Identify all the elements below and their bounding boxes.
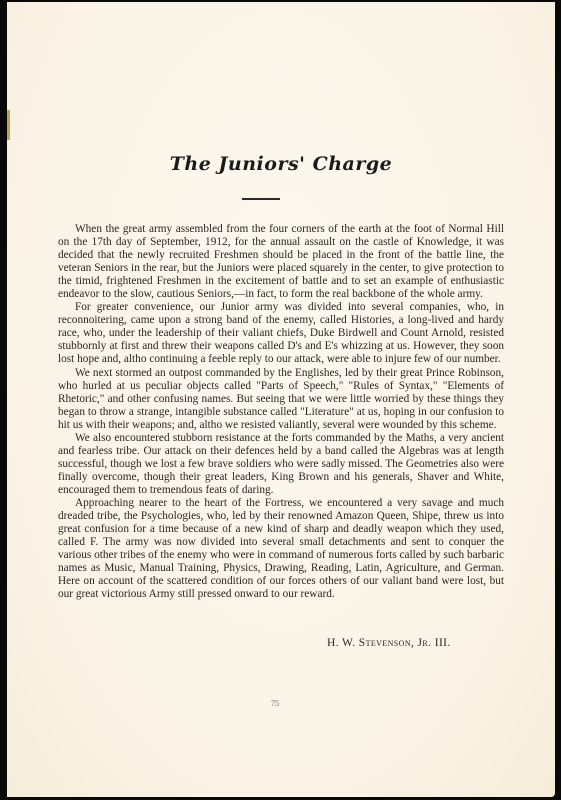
page-title: The Juniors' Charge xyxy=(7,153,555,175)
author-signature: H. W. Stevenson, Jr. III. xyxy=(327,637,451,649)
document-page: The Juniors' Charge When the great army … xyxy=(7,2,555,797)
paragraph: We next stormed an outpost commanded by … xyxy=(58,367,504,432)
paragraph: Approaching nearer to the heart of the F… xyxy=(58,497,504,601)
article-body: When the great army assembled from the f… xyxy=(58,223,504,601)
page-number: 75 xyxy=(7,699,543,708)
paragraph: When the great army assembled from the f… xyxy=(58,223,504,301)
page-edge-tab xyxy=(7,110,10,140)
paragraph: For greater convenience, our Junior army… xyxy=(58,301,504,366)
title-divider xyxy=(242,198,280,200)
paragraph: We also encountered stubborn resistance … xyxy=(58,432,504,497)
